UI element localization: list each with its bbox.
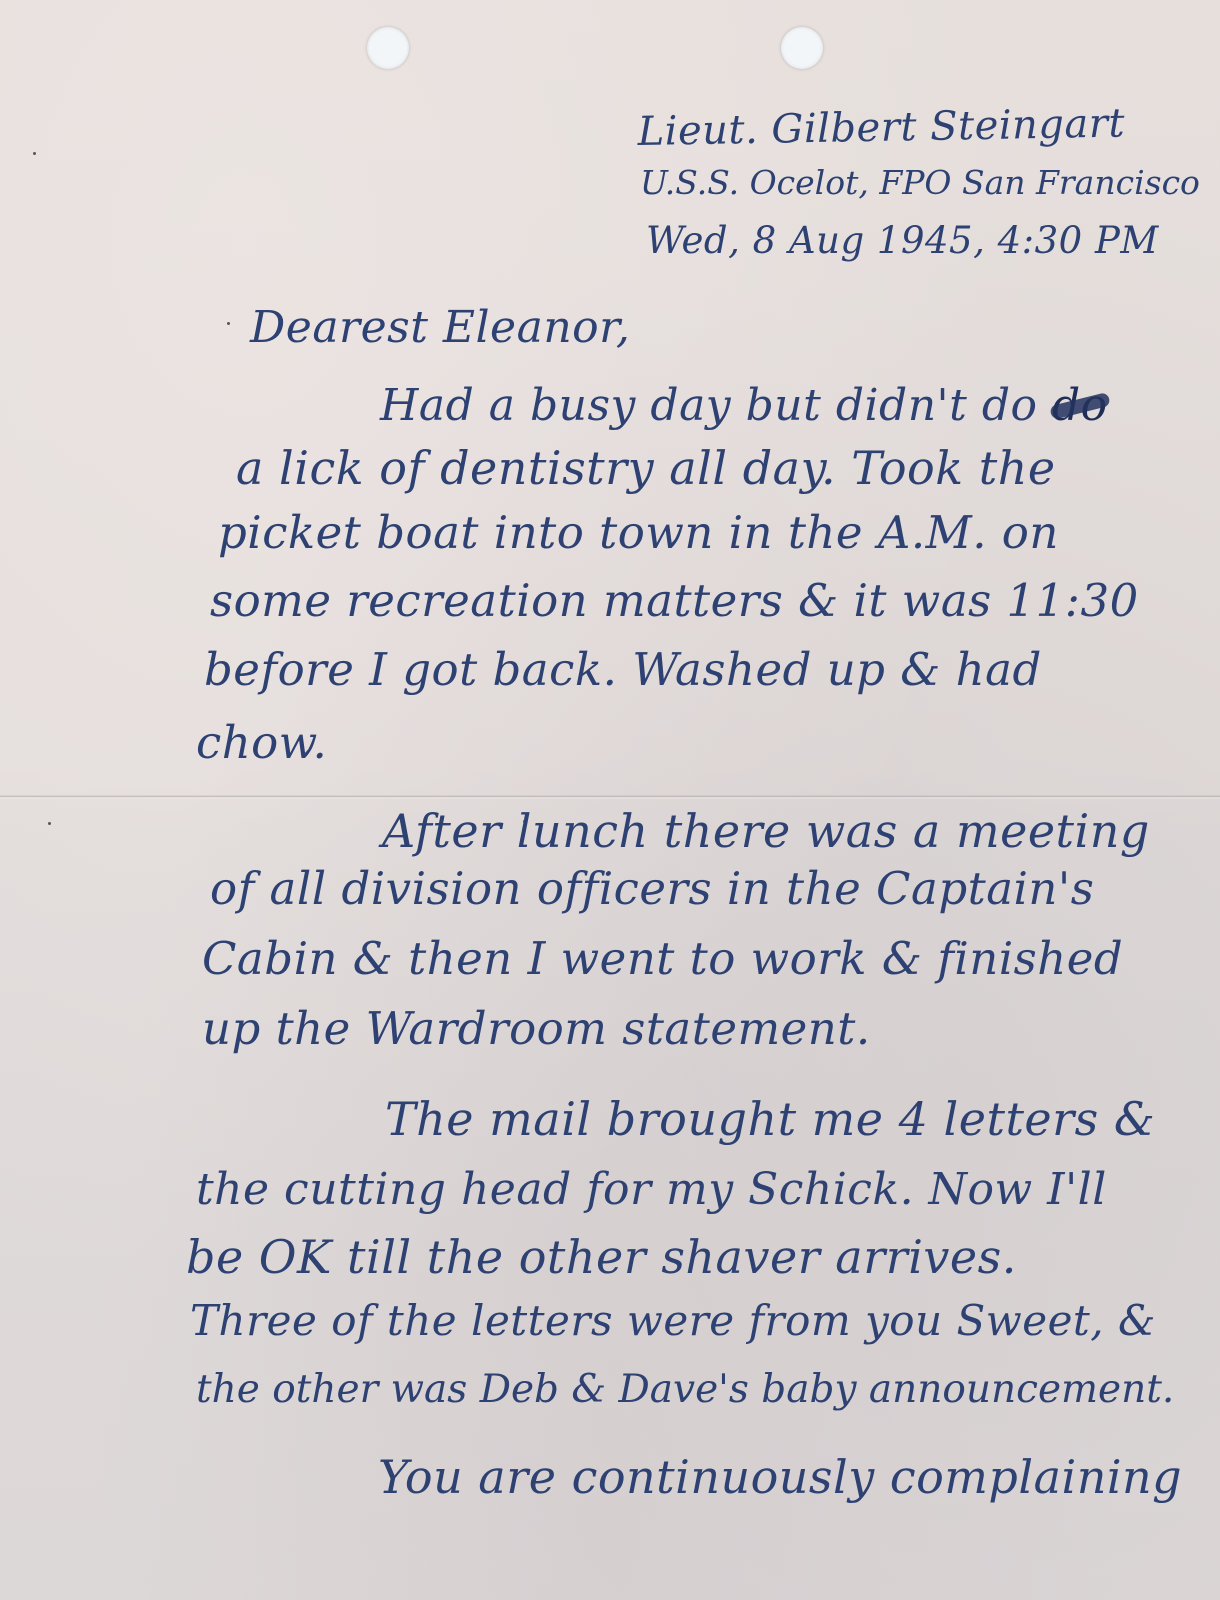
body-line: chow. — [196, 720, 327, 765]
body-line: before I got back. Washed up & had — [204, 647, 1042, 692]
struck-out-word: do — [1052, 384, 1108, 428]
letter-date-time: Wed, 8 Aug 1945, 4:30 PM — [646, 222, 1159, 259]
body-line: up the Wardroom statement. — [202, 1006, 871, 1051]
body-line: After lunch there was a meeting — [382, 808, 1150, 854]
body-line: some recreation matters & it was 11:30 — [210, 578, 1139, 623]
body-line: The mail brought me 4 letters & — [385, 1096, 1155, 1142]
body-line: Three of the letters were from you Sweet… — [190, 1300, 1156, 1342]
punch-hole-left — [367, 27, 409, 69]
paper-speck — [33, 152, 36, 155]
salutation: Dearest Eleanor, — [250, 306, 630, 350]
body-line: Had a busy day but didn't do do — [380, 384, 1108, 428]
body-line: You are continuously complaining — [378, 1454, 1182, 1500]
body-line: of all division officers in the Captain'… — [210, 866, 1094, 911]
body-line-text: Had a busy day but didn't do — [380, 380, 1037, 431]
paper-speck — [48, 822, 51, 825]
body-line: the cutting head for my Schick. Now I'll — [196, 1168, 1107, 1212]
paper-speck — [227, 322, 230, 325]
body-line: a lick of dentistry all day. Took the — [236, 445, 1056, 491]
punch-hole-right — [781, 27, 823, 69]
paper-fold-crease — [0, 795, 1220, 799]
body-line: picket boat into town in the A.M. on — [218, 510, 1059, 555]
sender-name: Lieut. Gilbert Steingart — [637, 104, 1125, 152]
body-line: be OK till the other shaver arrives. — [186, 1234, 1017, 1280]
body-line: the other was Deb & Dave's baby announce… — [196, 1370, 1174, 1409]
letter-page: Lieut. Gilbert Steingart U.S.S. Ocelot, … — [0, 0, 1220, 1600]
body-line: Cabin & then I went to work & finished — [202, 936, 1123, 981]
sender-address: U.S.S. Ocelot, FPO San Francisco — [640, 166, 1200, 199]
